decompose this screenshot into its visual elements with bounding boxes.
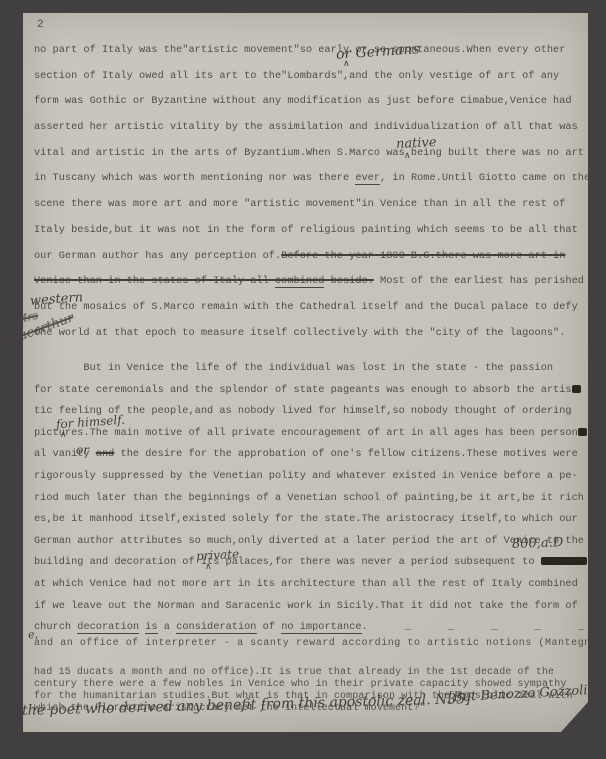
typed-line: no part of Italy was the"artistic moveme… [34, 38, 582, 64]
typed-line: if we leave out the Norman and Saracenic… [34, 596, 582, 618]
typed-footnote-block: and an office of interpreter - a scanty … [34, 637, 586, 715]
typed-text: Most of the earliest has perished [374, 275, 584, 287]
typed-line: tic feeling of the people,and as nobody … [34, 401, 582, 423]
typed-line: asserted her artistic vitality by the as… [34, 115, 582, 141]
typed-text: ever [355, 172, 380, 185]
typed-line: pictures.The main motive of all private … [34, 423, 582, 445]
typed-line: riod much later than the beginnings of a… [34, 488, 582, 510]
struck-text: and [96, 448, 115, 460]
typed-footnote-line: had 15 ducats a month and no office).It … [34, 667, 586, 679]
typed-line: Venice than in the states of Italy all c… [34, 269, 582, 295]
ink-blot [572, 385, 581, 393]
typed-text: the world at that epoch to measure itsel… [34, 327, 565, 339]
typed-text: form was Gothic or Byzantine without any… [34, 95, 572, 107]
typed-text: vital and artistic in the arts of Byzant… [34, 147, 584, 159]
typed-line: in Tuscany which was worth mentioning no… [34, 166, 582, 192]
typed-footnote-line: which the Florentine aristocracy met the… [34, 703, 586, 715]
typed-text: consideration [176, 621, 256, 634]
typed-text: building and decoration of its palaces,f… [34, 556, 541, 568]
typed-line: church decoration is a consideration of … [34, 617, 582, 639]
typed-text: decoration [77, 621, 139, 634]
typed-line: for state ceremonials and the splendor o… [34, 380, 582, 402]
typed-line: at which Venice had not more art in its … [34, 574, 582, 596]
typed-text: tic feeling of the people,and as nobody … [34, 405, 572, 417]
typed-line: form was Gothic or Byzantine without any… [34, 89, 582, 115]
typed-text: asserted her artistic vitality by the as… [34, 121, 578, 133]
typed-text: church [34, 621, 77, 633]
typed-text: the desire for the approbation of one's … [114, 448, 577, 460]
typed-text: if we leave out the Norman and Saracenic… [34, 600, 578, 612]
typed-text: for state ceremonials and the splendor o… [34, 384, 572, 396]
typed-text: , in Rome.Until Giotto came on the [380, 172, 590, 184]
typed-text: . _ _ _ _ _ [362, 621, 584, 633]
typed-line: German author attributes so much,only di… [34, 531, 582, 553]
typed-line: the world at that epoch to measure itsel… [34, 321, 582, 347]
typed-text: es,be it manhood itself,existed solely f… [34, 513, 578, 525]
typed-text: is [145, 621, 157, 634]
typed-line: section of Italy owed all its art to the… [34, 64, 582, 90]
typed-line: building and decoration of its palaces,f… [34, 552, 582, 574]
typed-line: vital and artistic in the arts of Byzant… [34, 141, 582, 167]
typed-footnote-line: for the humanitarian studies.But what is… [34, 691, 586, 703]
struck-text: beside. [324, 275, 373, 287]
typed-text: pictures.The main motive of all private … [34, 427, 578, 439]
typed-text: of [257, 621, 282, 633]
typed-text: no part of Italy was the"artistic moveme… [34, 44, 565, 56]
typed-text: rigorously suppressed by the Venetian po… [34, 470, 578, 482]
typed-line: but the mosaics of S.Marco remain with t… [34, 295, 582, 321]
ink-blot [541, 557, 587, 565]
struck-text: combined [275, 275, 324, 288]
typed-text: in Tuscany which was worth mentioning no… [34, 172, 355, 184]
typed-footnote-line: century there were a few nobles in Venic… [34, 679, 586, 691]
page-number: 2 [37, 19, 44, 31]
typed-line: our German author has any perception of.… [34, 244, 582, 270]
typed-text: But in Venice the life of the individual… [34, 362, 553, 374]
typed-text: our German author has any perception of. [34, 250, 281, 262]
typed-line: But in Venice the life of the individual… [34, 358, 582, 380]
struck-text: Venice than in the states of Italy all [34, 275, 275, 287]
typed-text: section of Italy owed all its art to the… [34, 70, 559, 82]
struck-text: Before the year 1800 B.C.there was more … [281, 250, 565, 262]
typed-line: al vanity and the desire for the approba… [34, 444, 582, 466]
typed-text: German author attributes so much,only di… [34, 535, 584, 547]
typed-text: scene there was more art and more "artis… [34, 198, 565, 210]
typed-text: al vanity [34, 448, 96, 460]
typed-text: no importance [281, 621, 361, 634]
ink-blot [578, 428, 587, 436]
typed-line: es,be it manhood itself,existed solely f… [34, 509, 582, 531]
typed-text: Italy beside,but it was not in the form … [34, 224, 578, 236]
typed-text: but the mosaics of S.Marco remain with t… [34, 301, 578, 313]
scanned-manuscript-screenshot: { "page": { "page_number": "2", "paper_c… [0, 0, 606, 759]
typed-line: Italy beside,but it was not in the form … [34, 218, 582, 244]
typed-text: a [158, 621, 177, 633]
typed-line: rigorously suppressed by the Venetian po… [34, 466, 582, 488]
typed-text: at which Venice had not more art in its … [34, 578, 578, 590]
typed-line: scene there was more art and more "artis… [34, 192, 582, 218]
typed-paragraph-2: But in Venice the life of the individual… [34, 358, 582, 639]
typed-text: riod much later than the beginnings of a… [34, 492, 584, 504]
typed-paragraph-1: no part of Italy was the"artistic moveme… [34, 38, 582, 346]
typed-footnote-line: and an office of interpreter - a scanty … [34, 637, 586, 667]
manuscript-page: 2 no part of Italy was the"artistic move… [23, 13, 588, 732]
